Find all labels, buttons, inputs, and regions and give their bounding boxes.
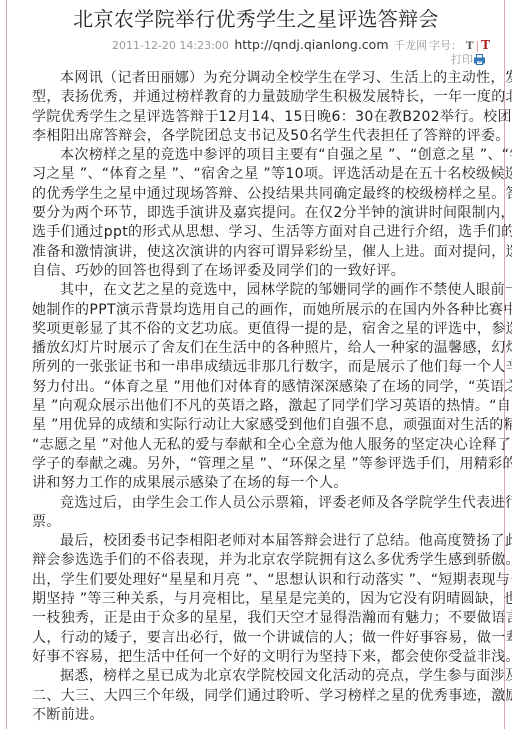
text-line: 选手们通过ppt的形式从思想、学习、生活等方面对自己进行介绍，选手们的精心 bbox=[4, 223, 482, 242]
text-line: 习之星 ”、“体育之星 ”、“宿舍之星 ”等10项。评选活动是在五十名校级候选人 bbox=[4, 165, 482, 184]
source-name: 千龙网 bbox=[394, 39, 427, 52]
publish-date: 2011-12-20 14:23:00 bbox=[112, 39, 229, 52]
text-line: 好事不容易，把生活中任何一个好的文明行为坚持下来，都会使你受益非浅。 bbox=[4, 648, 482, 667]
text-line: 李相阳出席答辩会，各学院团总支书记及50名学生代表担任了答辩的评委。 bbox=[4, 127, 482, 146]
text-line: 星 ”用优异的成绩和实际行动让大家感受到他们自强不息，顽强面对生活的精神。 bbox=[4, 416, 482, 435]
paragraph-voting: 竞选过后，由学生会工作人员公示票箱，评委老师及各学院学生代表进行投 票。 bbox=[32, 494, 482, 533]
font-large-button[interactable]: T bbox=[481, 38, 490, 52]
text-line: 一枝独秀，正是由于众多的星星，我们天空才显得浩瀚而有魅力；不要做语言的巨 bbox=[4, 609, 482, 628]
paragraph-closing: 据悉，榜样之星已成为北京农学院校园文化活动的亮点，学生参与面涉及大 二、大三、大… bbox=[32, 667, 482, 725]
text-line: 播放幻灯片时展示了舍友们在生活中的各种照片，给人一种家的温馨感，幻灯片上 bbox=[4, 339, 482, 358]
text-line: 要分为两个环节，即选手演讲及嘉宾提问。在仅2分半钟的演讲时间限制内，参评 bbox=[4, 204, 482, 223]
text-line: 竞选过后，由学生会工作人员公示票箱，评委老师及各学院学生代表进行投 bbox=[32, 494, 482, 513]
paragraph-summary: 最后，校团委书记李相阳老师对本届答辩会进行了总结。他高度赞扬了此次答 辩会参选选… bbox=[32, 532, 482, 667]
text-line: 的优秀学生之星中通过现场答辩、公投结果共同确定最终的校级榜样之星。答辩主 bbox=[4, 185, 482, 204]
print-label: 打印 bbox=[451, 53, 473, 66]
paragraph-intro: 本网讯（记者田丽娜）为充分调动全校学生在学习、生活上的主动性，发现典 型，表扬优… bbox=[32, 69, 482, 146]
text-line: 期坚持 ”等三种关系，与月亮相比，星星是完美的，因为它没有阴晴圆缺，也不会 bbox=[4, 590, 482, 609]
text-line: 努力付出。“体育之星 ”用他们对体育的感情深深感染了在场的同学，“英语之 bbox=[4, 378, 482, 397]
printer-icon bbox=[474, 54, 484, 64]
text-line: 本网讯（记者田丽娜）为充分调动全校学生在学习、生活上的主动性，发现典 bbox=[32, 69, 482, 88]
text-line: 其中，在文艺之星的竞选中，园林学院的邹姗同学的画作不禁使人眼前一亮。 bbox=[32, 281, 482, 300]
text-line: 准备和激情演讲，使这次演讲的内容可谓异彩纷呈，催人上进。面对提问，选手们 bbox=[4, 243, 482, 262]
text-line: 自信、巧妙的回答也得到了在场评委及同学们的一致好评。 bbox=[4, 262, 482, 281]
paragraph-competition-items: 本次榜样之星的竞选中参评的项目主要有“自强之星 ”、“创意之星 ”、“学 习之星… bbox=[32, 146, 482, 281]
text-line: 本次榜样之星的竞选中参评的项目主要有“自强之星 ”、“创意之星 ”、“学 bbox=[32, 146, 482, 165]
text-line: 不断前进。 bbox=[4, 706, 482, 725]
text-line: 辩会参选选手们的不俗表现，并为北京农学院拥有这么多优秀学生感到骄傲。他指 bbox=[4, 551, 482, 570]
text-line: 讲和努力工作的成果展示感染了在场的每一个人。 bbox=[4, 474, 482, 493]
source-url-link[interactable]: http://qndj.qianlong.com bbox=[234, 37, 388, 52]
text-line: 据悉，榜样之星已成为北京农学院校园文化活动的亮点，学生参与面涉及大 bbox=[32, 667, 482, 686]
text-line: 二、大三、大四三个年级，同学们通过聆听、学习榜样之星的优秀事迹，激励自己 bbox=[4, 687, 482, 706]
text-line: 学子的奉献之魂。另外，“管理之星 ”、“环保之星 ”等参评选手们，用精彩的演 bbox=[4, 455, 482, 474]
font-small-button[interactable]: T bbox=[466, 41, 473, 52]
text-line: “志愿之星 ”对他人无私的爱与奉献和全心全意为他人服务的坚定决心诠释了北农 bbox=[4, 436, 482, 455]
article-meta: 2011-12-20 14:23:00 http://qndj.qianlong… bbox=[112, 38, 427, 53]
text-line: 最后，校团委书记李相阳老师对本届答辩会进行了总结。他高度赞扬了此次答 bbox=[32, 532, 482, 551]
text-line: 星 ”向观众展示出他们不凡的英语之路，激起了同学们学习英语的热情。“自强之 bbox=[4, 397, 482, 416]
text-line: 所列的一张张证书和一串串成绩远非那几行数字，而是展示了他们每一个人辛勤的 bbox=[4, 358, 482, 377]
text-line: 出，学生们要处理好“星星和月亮 ”、“思想认识和行动落实 ”、“短期表现与长 bbox=[4, 571, 482, 590]
article-body: 本网讯（记者田丽娜）为充分调动全校学生在学习、生活上的主动性，发现典 型，表扬优… bbox=[32, 69, 482, 725]
print-button[interactable]: 打印 bbox=[451, 53, 484, 67]
font-size-separator: | bbox=[475, 39, 479, 52]
text-line: 型，表扬优秀，并通过榜样教育的力量鼓励学生积极发展特长，一年一度的北京农 bbox=[4, 88, 482, 107]
text-line: 她制作的PPT演示背景均选用自己的画作，而她所展示的在国内外各种比赛中所获 bbox=[4, 301, 482, 320]
paragraph-highlights: 其中，在文艺之星的竞选中，园林学院的邹姗同学的画作不禁使人眼前一亮。 她制作的P… bbox=[32, 281, 482, 493]
text-line: 学院优秀学生之星评选答辩于12月14、15日晚6：30在教B202举行。校团委书… bbox=[4, 108, 482, 127]
font-size-control: 字号：T|T bbox=[429, 38, 490, 54]
text-line: 奖项更彰显了其不俗的文艺功底。更值得一提的是，宿舍之星的评选中，参选宿舍 bbox=[4, 320, 482, 339]
font-size-label: 字号： bbox=[429, 39, 462, 52]
text-line: 人，行动的矮子，要言出必行，做一个讲诚信的人；做一件好事容易，做一辈子的 bbox=[4, 629, 482, 648]
article-title: 北京农学院举行优秀学生之星评选答辩会 bbox=[0, 6, 512, 32]
text-line: 票。 bbox=[4, 513, 482, 532]
